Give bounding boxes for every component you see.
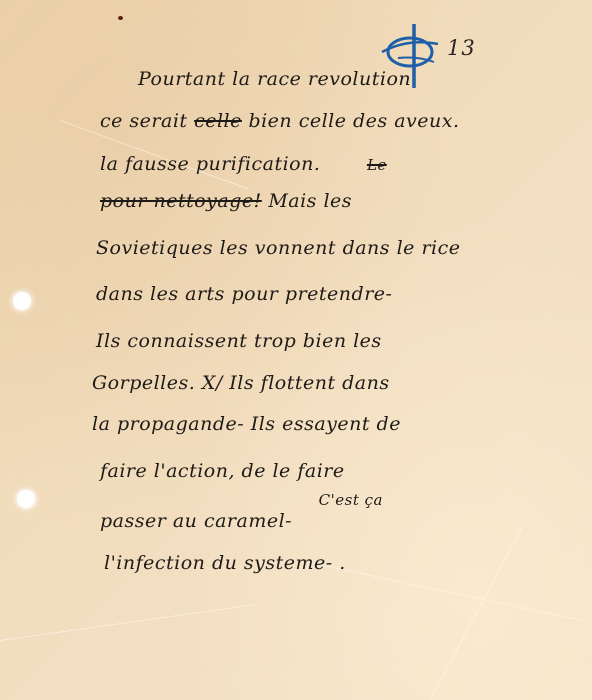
manuscript-line-5: Sovietiques les vonnent dans le rice [96, 237, 461, 259]
manuscript-line-2: ce serait celle bien celle des aveux. [100, 110, 460, 132]
paper-crease [0, 604, 258, 641]
manuscript-line-8: Gorpelles. X/ Ils flottent dans [92, 372, 390, 394]
manuscript-line-11: passer au caramel- C'est ça [100, 510, 383, 532]
manuscript-line-7: Ils connaissent trop bien les [96, 330, 382, 352]
manuscript-line-4: pour nettoyage! Mais les [100, 190, 352, 212]
punch-hole-top [13, 292, 31, 310]
paper-crease [430, 524, 525, 700]
page-number: 13 [447, 36, 476, 60]
manuscript-page: 13 Pourtant la race revolution ce serait… [0, 0, 592, 700]
manuscript-line-9: la propagande- Ils essayent de [92, 413, 401, 435]
punch-hole-bottom [17, 490, 35, 508]
margin-note: C'est ça [319, 491, 383, 509]
struck-word: Le [367, 156, 387, 174]
struck-phrase: pour nettoyage! [100, 190, 262, 212]
manuscript-line-3: la fausse purification. Le [100, 153, 387, 175]
manuscript-line-6: dans les arts pour pretendre- [96, 283, 392, 305]
manuscript-line-10: faire l'action, de le faire [100, 460, 345, 482]
manuscript-line-1: Pourtant la race revolution [138, 68, 411, 90]
manuscript-line-12: l'infection du systeme- . [104, 552, 346, 574]
struck-word: celle [194, 110, 242, 132]
ink-stain [118, 16, 123, 20]
